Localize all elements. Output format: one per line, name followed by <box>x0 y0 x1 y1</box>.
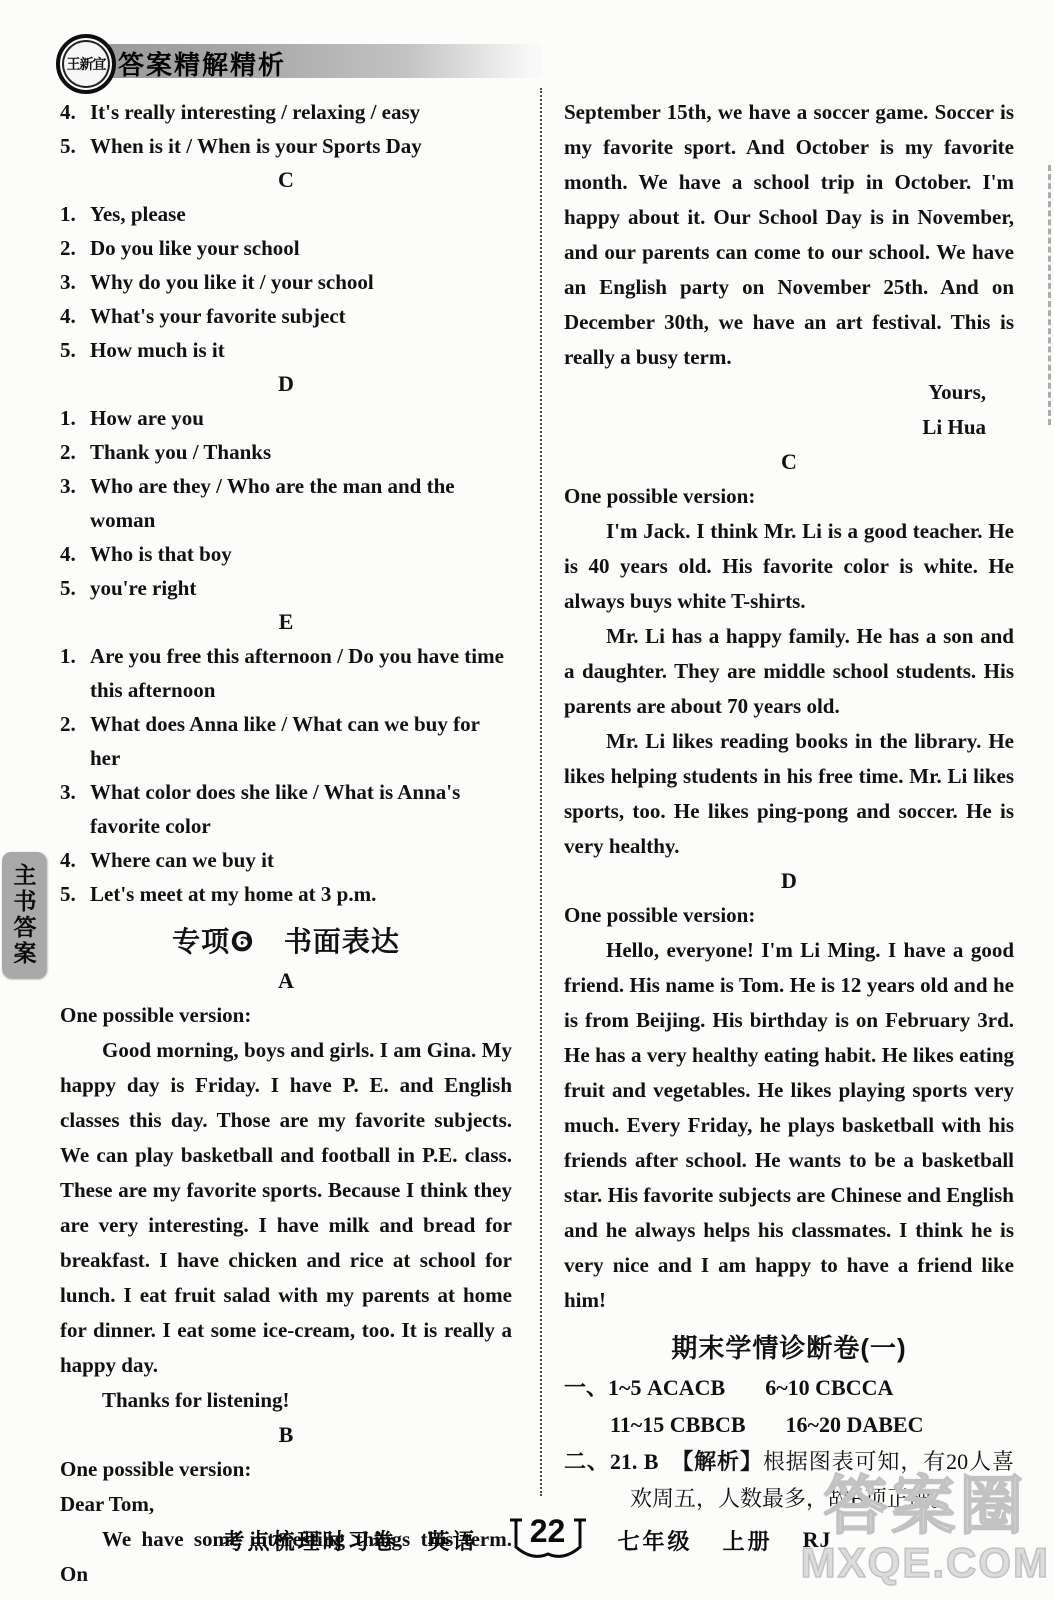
answer-item: 3. Who are they / Who are the man and th… <box>60 469 512 537</box>
answer-item: 4. Where can we buy it <box>60 843 512 877</box>
page-title: 答案精解精析 <box>118 45 286 82</box>
answer-item: 1. Are you free this afternoon / Do you … <box>60 639 512 707</box>
mc-answers-row: 11~15 CBBCB16~20 DABEC <box>564 1406 1014 1443</box>
footer-grade: 七年级 <box>618 1525 693 1556</box>
answer-key-page: 答案精解精析 王新宜 主书答案 4. It's really interesti… <box>0 0 1054 1600</box>
answer-item: 5. Let's meet at my home at 3 p.m. <box>60 877 512 911</box>
answer-item: 1. How are you <box>60 401 512 435</box>
essay-c-paragraph: Mr. Li has a happy family. He has a son … <box>564 619 1014 724</box>
one-possible-version-label: One possible version: <box>564 898 1014 933</box>
left-column: 4. It's really interesting / relaxing / … <box>60 95 512 1592</box>
section-letter-d: D <box>60 367 512 401</box>
answer-item: 4. What's your favorite subject <box>60 299 512 333</box>
footer-subject: 英语 <box>428 1525 478 1556</box>
section-letter-b: B <box>60 1418 512 1452</box>
answer-item: 5. How much is it <box>60 333 512 367</box>
side-tab-main-book-answers: 主书答案 <box>2 852 46 978</box>
one-possible-version-label: One possible version: <box>60 998 512 1033</box>
answer-item: 2. Thank you / Thanks <box>60 435 512 469</box>
letter-valediction: Yours, <box>564 375 1014 410</box>
brand-logo-text: 王新宜 <box>67 54 106 74</box>
essay-c-paragraph: I'm Jack. I think Mr. Li is a good teach… <box>564 514 1014 619</box>
one-possible-version-label: One possible version: <box>60 1452 512 1487</box>
page-footer: 考点梳理时习卷 英语 22 七年级 上册 RJ <box>0 1514 1054 1566</box>
answer-analysis: 二、21. B 【解析】根据图表可知，有20人喜欢周五，人数最多，故B项正确。 <box>564 1443 1014 1517</box>
section-letter-c: C <box>564 445 1014 479</box>
header-bar: 答案精解精析 <box>86 44 541 78</box>
answer-item: 4. It's really interesting / relaxing / … <box>60 95 512 129</box>
footer-series-name: 考点梳理时习卷 <box>223 1525 398 1556</box>
essay-b-continuation: September 15th, we have a soccer game. S… <box>564 95 1014 375</box>
answer-item: 5. When is it / When is your Sports Day <box>60 129 512 163</box>
section-letter-c: C <box>60 163 512 197</box>
special-section-heading: 专项❻ 书面表达 <box>60 920 512 960</box>
mc-answers-row: 一、1~5 ACACB6~10 CBCCA <box>564 1369 1014 1406</box>
section-letter-e: E <box>60 605 512 639</box>
answer-item: 3. What color does she like / What is An… <box>60 775 512 843</box>
footer-volume: 上册 <box>723 1525 773 1556</box>
scan-edge-artifact <box>1048 165 1051 425</box>
page-number: 22 <box>530 1514 566 1548</box>
answer-item: 2. Do you like your school <box>60 231 512 265</box>
section-letter-a: A <box>60 964 512 998</box>
one-possible-version-label: One possible version: <box>564 479 1014 514</box>
essay-a: Good morning, boys and girls. I am Gina.… <box>60 1033 512 1383</box>
answer-item: 5. you're right <box>60 571 512 605</box>
answer-item: 2. What does Anna like / What can we buy… <box>60 707 512 775</box>
brand-logo-icon: 王新宜 <box>56 34 116 94</box>
footer-edition-code: RJ <box>803 1527 832 1553</box>
exam-section-title: 期末学情诊断卷(一) <box>564 1328 1014 1365</box>
answer-item: 1. Yes, please <box>60 197 512 231</box>
answer-item: 4. Who is that boy <box>60 537 512 571</box>
page-number-book-icon: 22 <box>508 1514 588 1566</box>
essay-a-closing: Thanks for listening! <box>60 1383 512 1418</box>
section-letter-d: D <box>564 864 1014 898</box>
essay-c-paragraph: Mr. Li likes reading books in the librar… <box>564 724 1014 864</box>
letter-signature: Li Hua <box>564 410 1014 445</box>
column-divider <box>540 88 542 1496</box>
answer-item: 3. Why do you like it / your school <box>60 265 512 299</box>
right-column: September 15th, we have a soccer game. S… <box>564 95 1014 1517</box>
essay-d: Hello, everyone! I'm Li Ming. I have a g… <box>564 933 1014 1318</box>
